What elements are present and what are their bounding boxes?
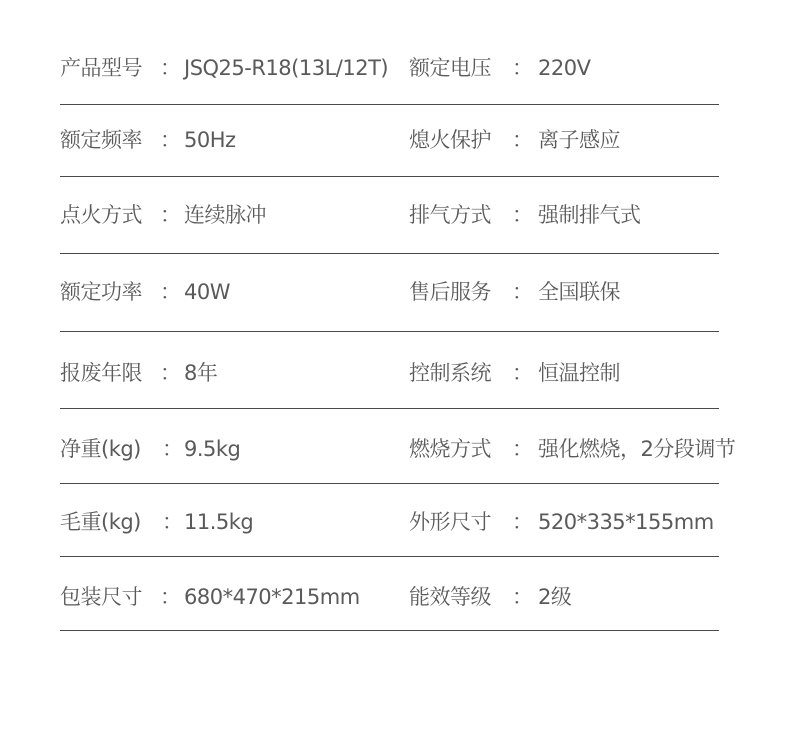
row-divider: [60, 630, 719, 631]
colon: ：: [512, 359, 533, 387]
spec-value: 连续脉冲: [184, 201, 266, 229]
spec-label: 毛重(kg): [60, 508, 141, 536]
spec-value: JSQ25-R18(13L/12T): [184, 54, 388, 82]
spec-label: 额定频率: [60, 126, 142, 154]
spec-label: 产品型号: [60, 54, 142, 82]
spec-label: 外形尺寸: [409, 508, 491, 536]
spec-value: 220V: [538, 54, 590, 82]
spec-label: 控制系统: [409, 359, 491, 387]
spec-value: 680*470*215mm: [184, 583, 360, 611]
colon: ：: [160, 583, 181, 611]
colon: ：: [160, 126, 181, 154]
colon: ：: [512, 54, 533, 82]
colon: ：: [512, 278, 533, 306]
spec-value: 强制排气式: [538, 201, 641, 229]
spec-value: 11.5kg: [184, 508, 253, 536]
row-divider: [60, 556, 719, 557]
colon: ：: [512, 201, 533, 229]
spec-value: 9.5kg: [184, 435, 240, 463]
spec-value: 全国联保: [538, 278, 620, 306]
colon: ：: [160, 54, 181, 82]
spec-value: 50Hz: [184, 126, 236, 154]
colon: ：: [512, 126, 533, 154]
spec-value: 恒温控制: [538, 359, 620, 387]
colon: ：: [512, 508, 533, 536]
colon: ：: [160, 201, 181, 229]
row-divider: [60, 408, 719, 409]
row-divider: [60, 176, 719, 177]
row-divider: [60, 483, 719, 484]
colon: ：: [160, 278, 181, 306]
spec-value: 2级: [538, 583, 571, 611]
spec-label: 燃烧方式: [409, 435, 491, 463]
spec-label: 熄火保护: [409, 126, 491, 154]
spec-label: 点火方式: [60, 201, 142, 229]
spec-value: 40W: [184, 278, 230, 306]
spec-value: 强化燃烧，2分段调节: [538, 435, 735, 463]
spec-label: 额定功率: [60, 278, 142, 306]
row-divider: [60, 104, 719, 105]
spec-label: 能效等级: [409, 583, 491, 611]
colon: ：: [512, 583, 533, 611]
colon: ：: [162, 435, 183, 463]
spec-label: 报废年限: [60, 359, 142, 387]
spec-label: 额定电压: [409, 54, 491, 82]
spec-label: 净重(kg): [60, 435, 141, 463]
spec-label: 包装尺寸: [60, 583, 142, 611]
colon: ：: [160, 359, 181, 387]
spec-value: 8年: [184, 359, 217, 387]
colon: ：: [162, 508, 183, 536]
row-divider: [60, 253, 719, 254]
row-divider: [60, 331, 719, 332]
spec-label: 排气方式: [409, 201, 491, 229]
colon: ：: [512, 435, 533, 463]
spec-value: 520*335*155mm: [538, 508, 714, 536]
spec-value: 离子感应: [538, 126, 620, 154]
spec-label: 售后服务: [409, 278, 491, 306]
